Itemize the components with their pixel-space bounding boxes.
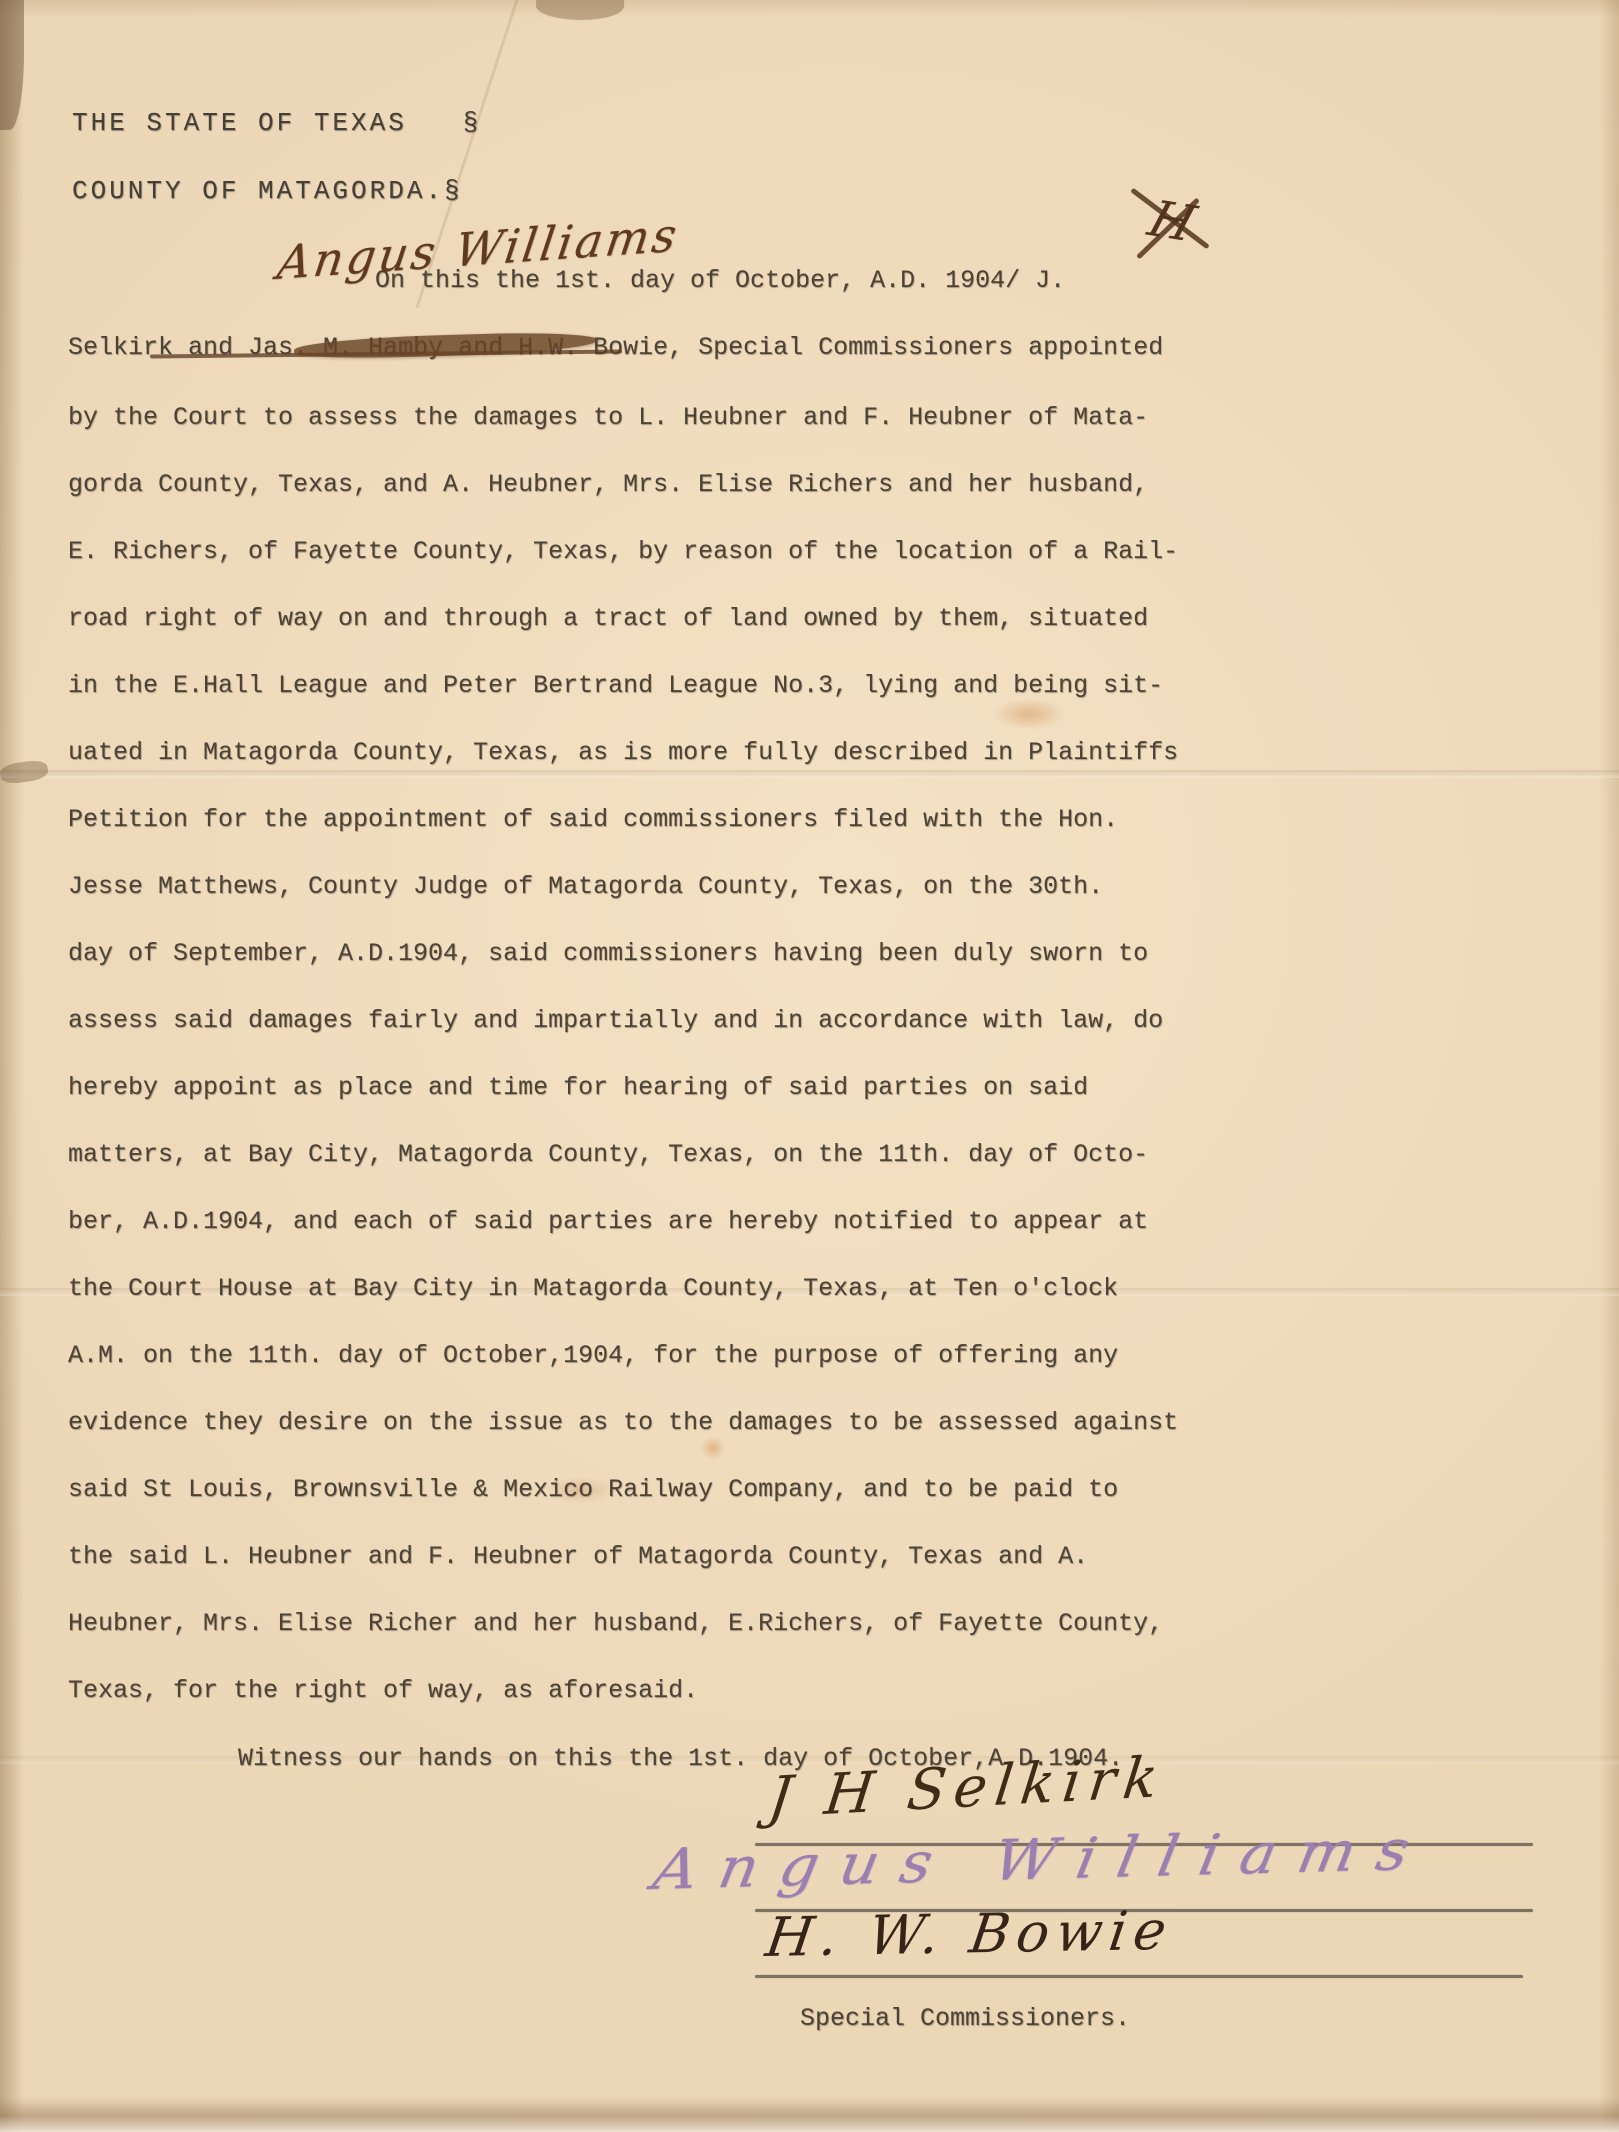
signature-hw-bowie: H. W. Bowie <box>762 1899 1177 1969</box>
body-line: day of September, A.D.1904, said commiss… <box>68 920 1178 987</box>
body-line: gorda County, Texas, and A. Heubner, Mrs… <box>68 451 1178 518</box>
body-line: Jesse Matthews, County Judge of Matagord… <box>68 853 1178 920</box>
edge-crack <box>0 759 49 785</box>
body-line: by the Court to assess the damages to L.… <box>68 384 1178 451</box>
body-line: matters, at Bay City, Matagorda County, … <box>68 1121 1178 1188</box>
body-line: in the E.Hall League and Peter Bertrand … <box>68 652 1178 719</box>
body-line: E. Richers, of Fayette County, Texas, by… <box>68 518 1178 585</box>
paper-bottom-edge <box>0 2096 1619 2132</box>
header-state-line: THE STATE OF TEXAS § <box>72 108 481 138</box>
paper-tear <box>536 0 625 22</box>
header-county-line: COUNTY OF MATAGORDA.§ <box>72 176 463 206</box>
body-line: hereby appoint as place and time for hea… <box>68 1054 1178 1121</box>
signature-block-label: Special Commissioners. <box>800 2004 1130 2033</box>
body-line: uated in Matagorda County, Texas, as is … <box>68 719 1178 786</box>
body-line: ber, A.D.1904, and each of said parties … <box>68 1188 1178 1255</box>
body-line: the Court House at Bay City in Matagorda… <box>68 1255 1178 1322</box>
body-line: A.M. on the 11th. day of October,1904, f… <box>68 1322 1178 1389</box>
body-line: assess said damages fairly and impartial… <box>68 987 1178 1054</box>
body-line: Petition for the appointment of said com… <box>68 786 1178 853</box>
body-line: the said L. Heubner and F. Heubner of Ma… <box>68 1523 1178 1590</box>
body-line: evidence they desire on the issue as to … <box>68 1389 1178 1456</box>
paper-corner-shadow <box>0 0 24 130</box>
body-line: said St Louis, Brownsville & Mexico Rail… <box>68 1456 1178 1523</box>
body-paragraph: by the Court to assess the damages to L.… <box>68 384 1178 1724</box>
signature-line <box>755 1975 1523 1978</box>
body-line: road right of way on and through a tract… <box>68 585 1178 652</box>
body-line-selkirk: Selkirk and Jas. M. Hamby and H.W. Bowie… <box>68 333 1163 362</box>
body-line: Heubner, Mrs. Elise Richer and her husba… <box>68 1590 1178 1657</box>
body-line: Texas, for the right of way, as aforesai… <box>68 1657 1178 1724</box>
document-page: THE STATE OF TEXAS § COUNTY OF MATAGORDA… <box>0 0 1619 2132</box>
